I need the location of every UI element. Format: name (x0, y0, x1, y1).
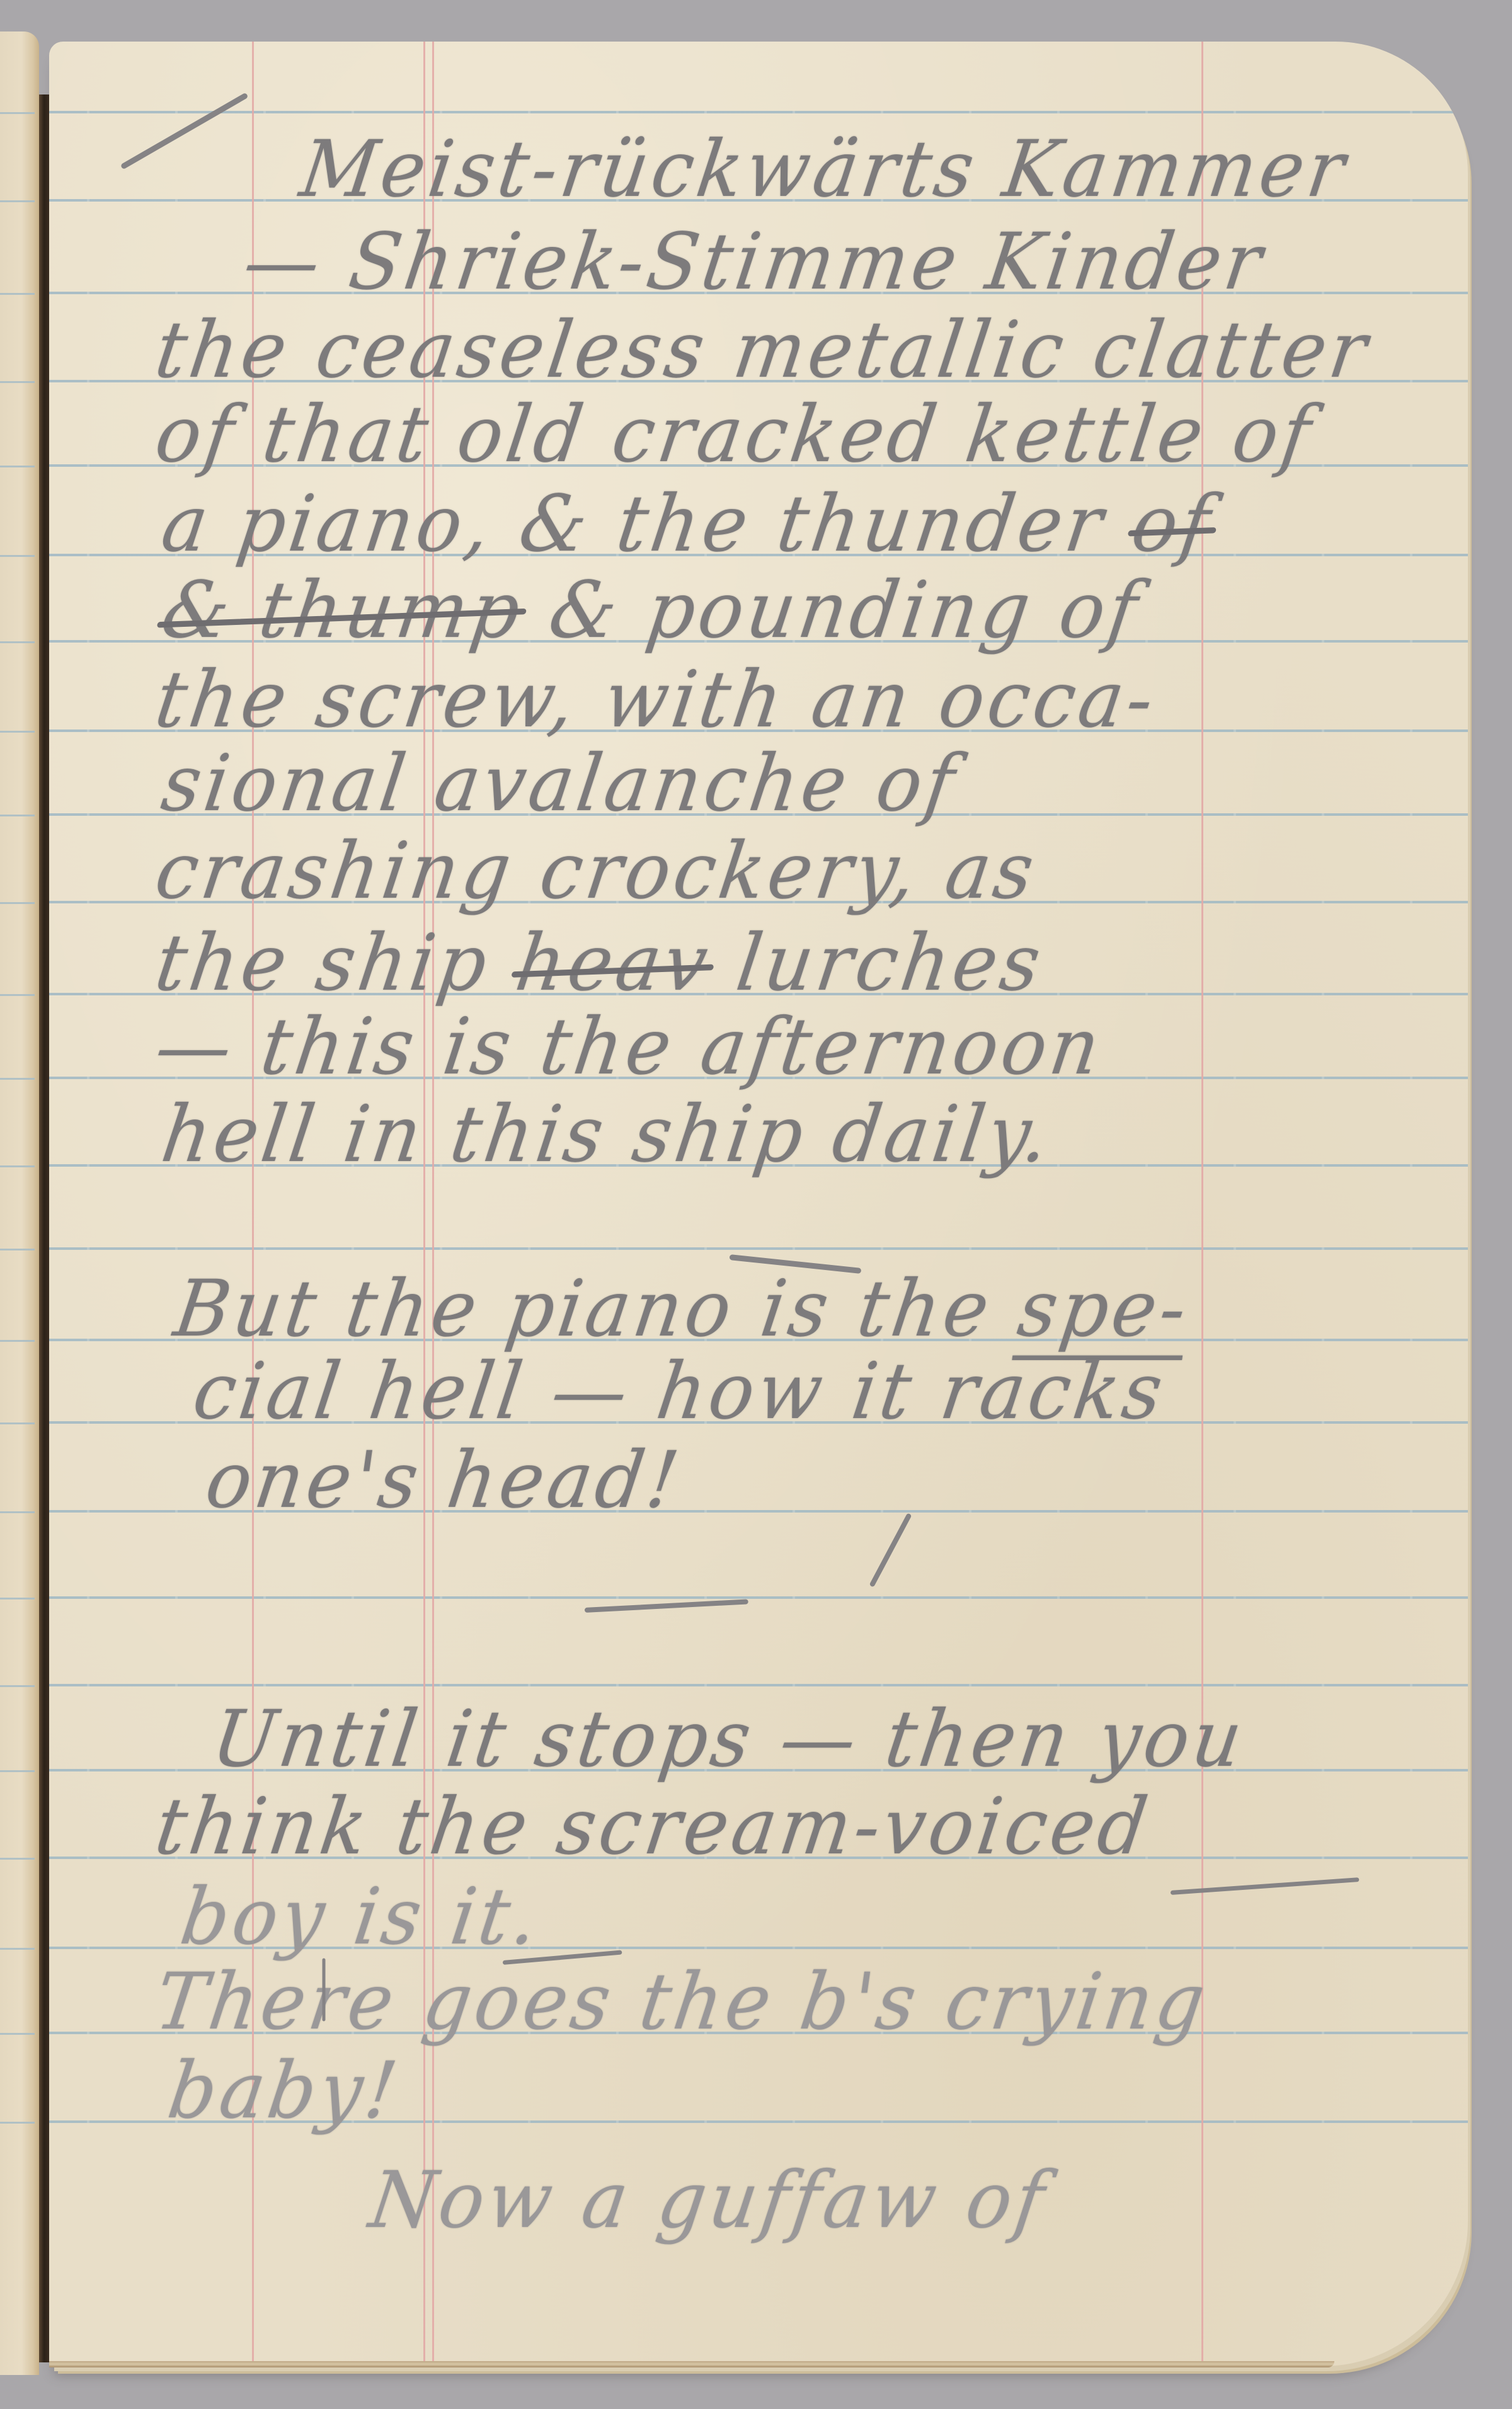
facing-page-edge (0, 31, 39, 2375)
text-fragment: There goes the b's crying (151, 1956, 1214, 2047)
handwritten-line: & thump & pounding of (157, 571, 1145, 649)
facing-page-ruled-line (0, 1770, 35, 1772)
text-fragment: cial hell — how it racks (188, 1346, 1172, 1437)
facing-page-ruled-line (0, 1858, 35, 1860)
handwritten-line: hell in this ship daily. (157, 1095, 1057, 1173)
struck-word: & thump (157, 564, 530, 656)
text-fragment: Meist-rückwärts Kammer (295, 123, 1354, 215)
text-fragment: Until it stops — then you (207, 1693, 1251, 1785)
handwritten-line: baby! (164, 2051, 405, 2129)
handwritten-line: cial hell — how it racks (189, 1352, 1171, 1430)
facing-page-ruled-line (0, 1078, 35, 1080)
struck-word: heav (511, 917, 717, 1009)
pencil-mark-overline (585, 1599, 748, 1613)
text-fragment: Shriek-Stimme Kinder (344, 216, 1271, 307)
facing-page-ruled-line (0, 381, 35, 383)
facing-page-ruled-line (0, 902, 35, 904)
facing-page-ruled-line (0, 1249, 35, 1250)
handwritten-line: Now a guffaw of (365, 2161, 1053, 2239)
facing-page-ruled-line (0, 112, 35, 114)
pencil-mark-slash (869, 1513, 912, 1588)
handwritten-line: the ceaseless metallic clatter (151, 311, 1375, 389)
facing-page-ruled-line (0, 1685, 35, 1687)
text-fragment: But the piano is the (169, 1263, 1026, 1354)
ruled-line (49, 111, 1468, 113)
handwritten-line: of that old cracked kettle of (151, 395, 1319, 473)
text-fragment: one's head! (201, 1434, 688, 1526)
handwritten-line: — Shriek-Stimme Kinder (239, 222, 1270, 300)
notebook-page: Meist-rückwärts Kammer— Shriek-Stimme Ki… (49, 42, 1468, 2366)
facing-page-ruled-line (0, 1165, 35, 1167)
text-fragment: — this is the afternoon (151, 1001, 1109, 1092)
text-fragment: the ceaseless metallic clatter (151, 304, 1377, 396)
page-stack-edge (49, 2361, 1334, 2367)
handwritten-line: think the scream-voiced (151, 1787, 1155, 1865)
facing-page-ruled-line (0, 994, 35, 996)
text-fragment: a piano, & the thunder (157, 478, 1140, 569)
facing-page-ruled-line (0, 815, 35, 816)
facing-page-ruled-line (0, 466, 35, 467)
dash-prefix: — (239, 216, 357, 307)
facing-page-ruled-line (0, 1598, 35, 1599)
handwritten-line: boy is it. (176, 1877, 546, 1955)
handwritten-line: the ship heav lurches (151, 924, 1048, 1002)
text-fragment: Now a guffaw of (365, 2154, 1053, 2246)
facing-page-ruled-line (0, 2122, 35, 2124)
text-fragment: boy is it. (176, 1871, 547, 1962)
handwritten-line: But the piano is the spe- (170, 1269, 1194, 1348)
handwritten-line: one's head! (202, 1441, 687, 1519)
handwritten-line: sional avalanche of (157, 744, 963, 822)
text-fragment: of that old cracked kettle of (151, 389, 1320, 480)
underlined-word: spe- (1013, 1263, 1196, 1354)
facing-page-ruled-line (0, 1948, 35, 1950)
text-fragment: think the scream-voiced (151, 1781, 1157, 1872)
handwritten-line: the screw, with an occa- (151, 660, 1162, 738)
text-fragment: sional avalanche of (157, 738, 964, 829)
text-fragment: & pounding of (517, 564, 1147, 656)
pencil-mark-curve (1171, 1877, 1360, 1895)
handwritten-line: Until it stops — then you (208, 1700, 1251, 1778)
text-fragment: the ship (151, 917, 524, 1009)
facing-page-ruled-line (0, 1340, 35, 1342)
handwritten-line: There goes the b's crying (151, 1962, 1213, 2040)
handwritten-line: — this is the afternoon (151, 1007, 1108, 1085)
text-fragment: lurches (704, 917, 1049, 1009)
pencil-mark-opening-stroke (120, 93, 249, 170)
facing-page-ruled-line (0, 731, 35, 733)
struck-word: of (1126, 478, 1219, 569)
facing-page-ruled-line (0, 1422, 35, 1424)
ruled-line (49, 1247, 1468, 1250)
text-fragment: the screw, with an occa- (151, 654, 1163, 745)
facing-page-ruled-line (0, 293, 35, 295)
ruled-line (49, 1684, 1468, 1686)
facing-page-ruled-line (0, 200, 35, 202)
text-fragment: crashing crockery, as (151, 825, 1043, 917)
handwritten-line: Meist-rückwärts Kammer (296, 130, 1353, 208)
text-fragment: baby! (163, 2045, 406, 2136)
facing-page-ruled-line (0, 2033, 35, 2035)
pencil-mark-vertical (323, 1959, 326, 2022)
handwritten-line: crashing crockery, as (151, 832, 1042, 910)
facing-page-ruled-line (0, 1511, 35, 1513)
text-fragment: hell in this ship daily. (157, 1089, 1058, 1180)
facing-page-ruled-line (0, 555, 35, 557)
ruled-line (49, 1596, 1468, 1599)
handwritten-line: a piano, & the thunder of (157, 484, 1218, 563)
notebook-scan: Meist-rückwärts Kammer— Shriek-Stimme Ki… (0, 0, 1512, 2409)
facing-page-ruled-line (0, 641, 35, 643)
